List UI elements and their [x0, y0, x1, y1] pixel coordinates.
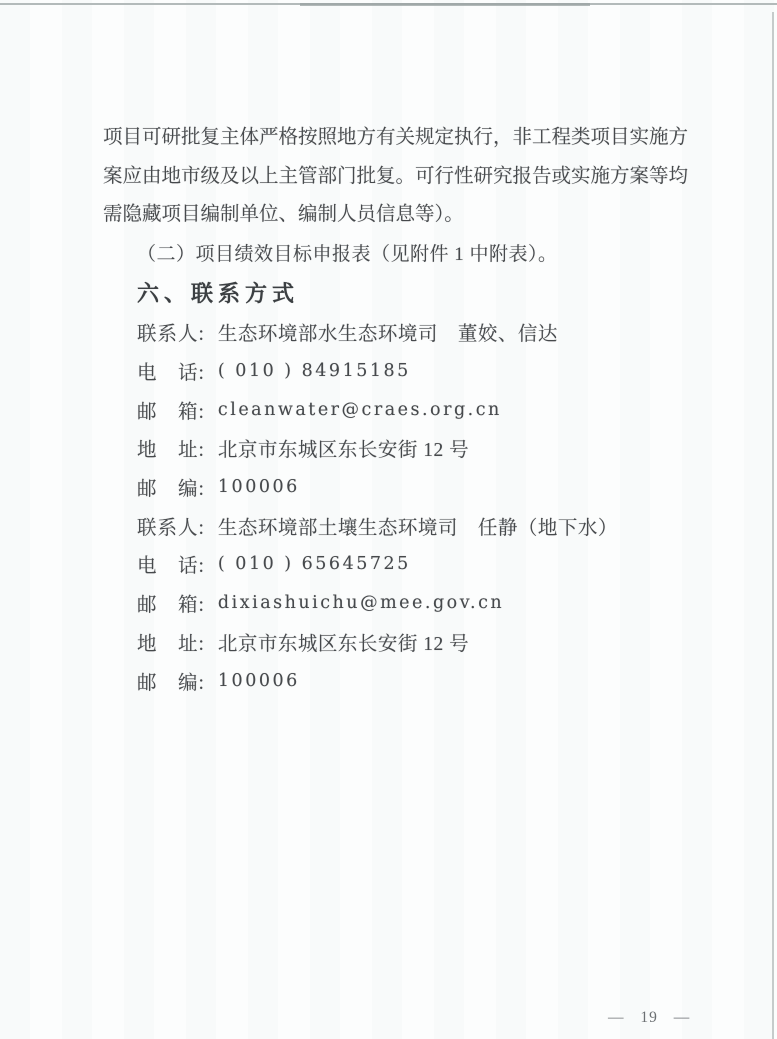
- field-label-postcode: 邮 编:: [137, 667, 205, 695]
- field-label-contact-person: 联系人:: [137, 318, 205, 346]
- scan-artifact-right-edge: [772, 12, 774, 1039]
- contact-row-phone-1: 电 话: ( 010 ) 84915185: [137, 352, 618, 391]
- section-heading-contact-info: 六、联系方式: [137, 275, 299, 314]
- field-label-email: 邮 箱:: [137, 396, 205, 424]
- contact-row-email-1: 邮 箱: cleanwater@craes.org.cn: [137, 390, 618, 429]
- body-paragraph: 项目可研批复主体严格按照地方有关规定执行，非工程类项目实施方 案应由地市级及以上…: [103, 119, 715, 235]
- field-label-address: 地 址:: [137, 434, 205, 462]
- field-label-postcode: 邮 编:: [137, 473, 205, 501]
- contact-row-phone-2: 电 话: ( 010 ) 65645725: [137, 545, 618, 584]
- scan-artifact-top-edge-dark-segment: [300, 3, 590, 6]
- field-value-postcode: 100006: [218, 671, 300, 691]
- field-label-address: 地 址:: [137, 628, 205, 656]
- contact-row-postcode-2: 邮 编: 100006: [137, 661, 618, 700]
- paragraph-line-2: 案应由地市级及以上主管部门批复。可行性研究报告或实施方案等均: [103, 158, 715, 197]
- field-value-phone: ( 010 ) 84915185: [218, 361, 411, 381]
- field-label-phone: 电 话:: [137, 550, 205, 578]
- contact-row-person-1: 联系人: 生态环境部水生态环境司 董姣、信达: [137, 313, 618, 352]
- field-label-email: 邮 箱:: [137, 589, 205, 617]
- contact-row-address-2: 地 址: 北京市东城区东长安街 12 号: [137, 623, 618, 662]
- field-value-email: cleanwater@craes.org.cn: [218, 400, 502, 420]
- contact-info-block: 联系人: 生态环境部水生态环境司 董姣、信达 电 话: ( 010 ) 8491…: [137, 313, 618, 700]
- field-value-phone: ( 010 ) 65645725: [218, 554, 411, 574]
- field-value-contact-person: 生态环境部土壤生态环境司 任静（地下水）: [218, 512, 618, 540]
- field-label-phone: 电 话:: [137, 357, 205, 385]
- page-number: — 19 —: [608, 1004, 690, 1032]
- field-value-address: 北京市东城区东长安街 12 号: [218, 628, 469, 656]
- scanned-document-page: 项目可研批复主体严格按照地方有关规定执行，非工程类项目实施方 案应由地市级及以上…: [0, 0, 777, 1039]
- contact-row-email-2: 邮 箱: dixiashuichu@mee.gov.cn: [137, 584, 618, 623]
- field-value-postcode: 100006: [218, 477, 300, 497]
- field-value-email: dixiashuichu@mee.gov.cn: [218, 593, 504, 613]
- field-label-contact-person: 联系人:: [137, 512, 205, 540]
- paragraph-line-1: 项目可研批复主体严格按照地方有关规定执行，非工程类项目实施方: [103, 119, 715, 158]
- contact-row-person-2: 联系人: 生态环境部土壤生态环境司 任静（地下水）: [137, 506, 618, 545]
- numbered-item-2: （二）项目绩效目标申报表（见附件 1 中附表）。: [137, 236, 558, 275]
- contact-row-address-1: 地 址: 北京市东城区东长安街 12 号: [137, 429, 618, 468]
- field-value-address: 北京市东城区东长安街 12 号: [218, 434, 469, 462]
- paragraph-line-3: 需隐藏项目编制单位、编制人员信息等）。: [103, 196, 715, 235]
- field-value-contact-person: 生态环境部水生态环境司 董姣、信达: [218, 318, 558, 346]
- contact-row-postcode-1: 邮 编: 100006: [137, 468, 618, 507]
